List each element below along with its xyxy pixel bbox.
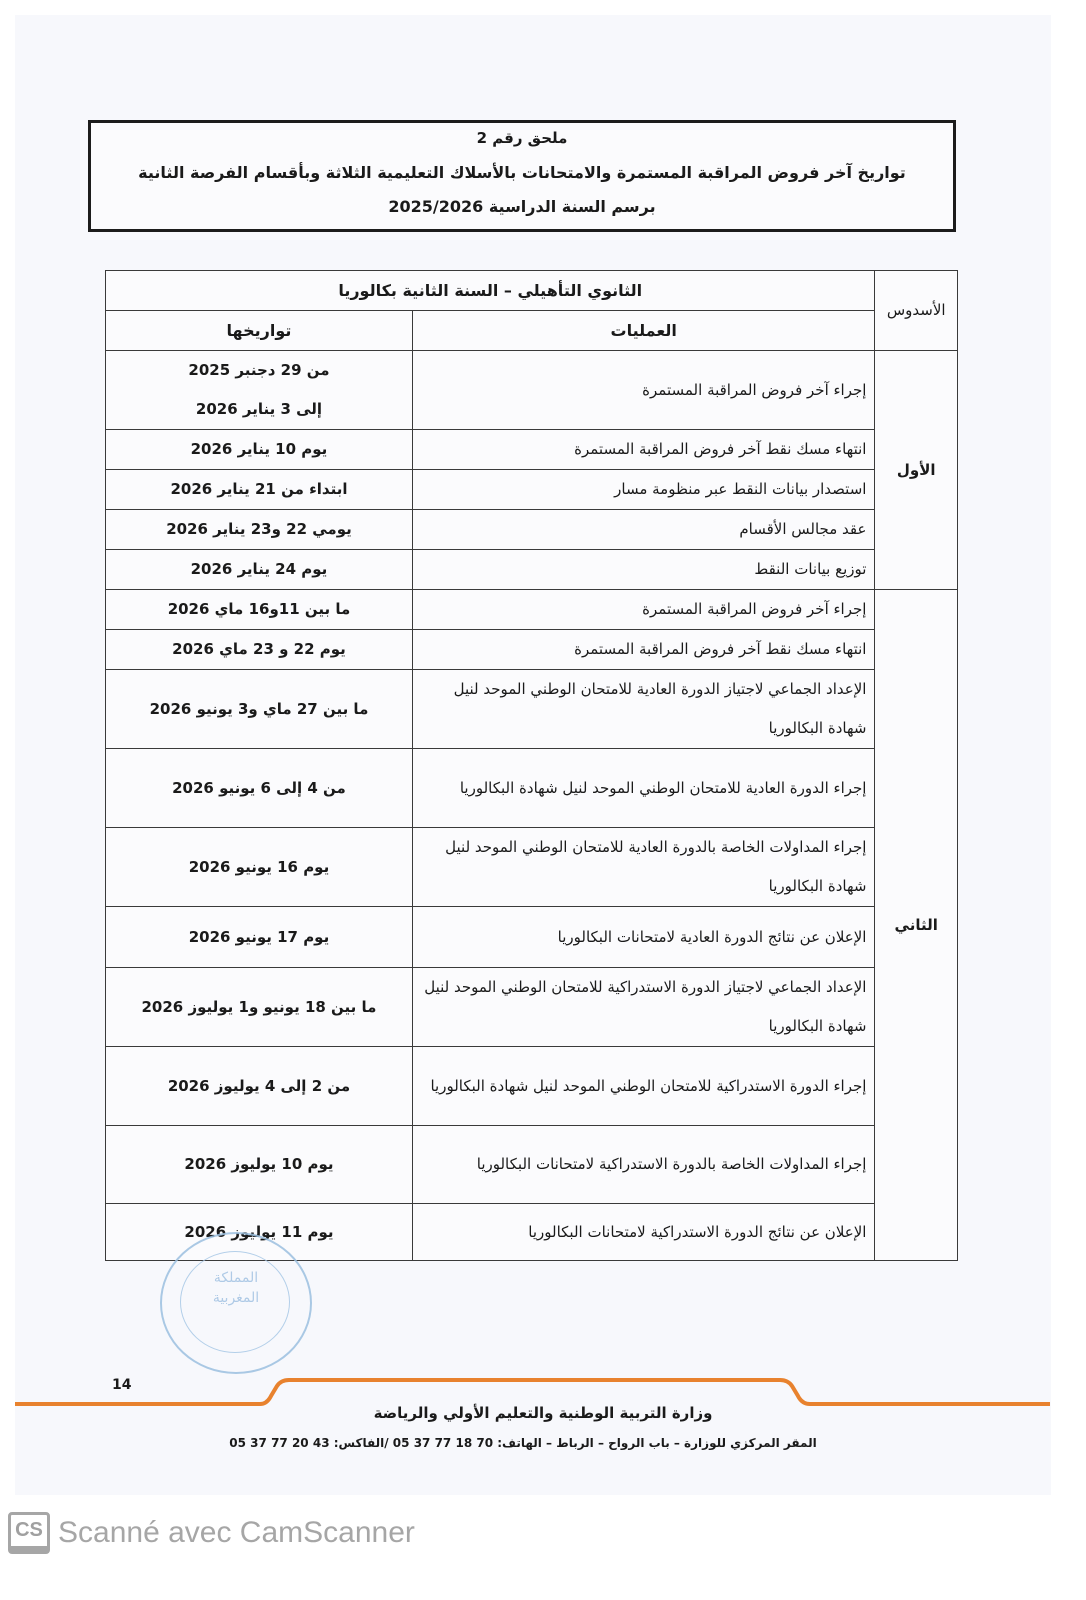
operations-column-header: العمليات: [412, 311, 875, 351]
official-stamp: المملكة المغربية: [160, 1232, 312, 1374]
dates-column-header: تواريخها: [106, 311, 413, 351]
operation-cell: إجراء الدورة العادية للامتحان الوطني الم…: [412, 749, 875, 828]
annex-title-box: ملحق رقم 2 تواريخ آخر فروض المراقبة المس…: [88, 120, 956, 232]
operation-cell: توزيع بيانات النقط: [412, 550, 875, 590]
date-line: إلى 3 يناير 2026: [114, 390, 404, 429]
table-row: الإعداد الجماعي لاجتياز الدورة العادية ل…: [106, 670, 958, 749]
operation-cell: إجراء آخر فروض المراقبة المستمرة: [412, 590, 875, 630]
table-row: الإعلان عن نتائج الدورة العادية لامتحانا…: [106, 907, 958, 968]
operation-cell: انتهاء مسك نقط آخر فروض المراقبة المستمر…: [412, 630, 875, 670]
table-row: انتهاء مسك نقط آخر فروض المراقبة المستمر…: [106, 430, 958, 470]
schedule-table: الأسدوس الثانوي التأهيلي – السنة الثانية…: [105, 270, 958, 1261]
table-row: إجراء المداولات الخاصة بالدورة العادية ل…: [106, 828, 958, 907]
date-cell: يومي 22 و23 يناير 2026: [106, 510, 413, 550]
table-row: إجراء المداولات الخاصة بالدورة الاستدراك…: [106, 1126, 958, 1204]
annex-number: ملحق رقم 2: [91, 129, 953, 147]
operation-cell: إجراء آخر فروض المراقبة المستمرة: [412, 351, 875, 430]
table-row: عقد مجالس الأقسام يومي 22 و23 يناير 2026: [106, 510, 958, 550]
operation-cell: الإعداد الجماعي لاجتياز الدورة الاستدراك…: [412, 968, 875, 1047]
table-row: الثاني إجراء آخر فروض المراقبة المستمرة …: [106, 590, 958, 630]
stamp-text: المملكة المغربية: [162, 1268, 310, 1308]
date-cell: من 29 دجنبر 2025 إلى 3 يناير 2026: [106, 351, 413, 430]
date-cell: يوم 10 يناير 2026: [106, 430, 413, 470]
date-cell: ما بين 18 يونيو و1 يوليوز 2026: [106, 968, 413, 1047]
table-row: توزيع بيانات النقط يوم 24 يناير 2026: [106, 550, 958, 590]
date-cell: من 4 إلى 6 يونيو 2026: [106, 749, 413, 828]
date-cell: من 2 إلى 4 يوليوز 2026: [106, 1047, 413, 1126]
semester-label-first: الأول: [875, 351, 958, 590]
date-cell: ابتداء من 21 يناير 2026: [106, 470, 413, 510]
stamp-line: المغربية: [162, 1288, 310, 1308]
operation-cell: الإعلان عن نتائج الدورة الاستدراكية لامت…: [412, 1204, 875, 1261]
camscanner-watermark: CS Scanné avec CamScanner: [8, 1513, 415, 1553]
ministry-address: المقر المركزي للوزارة – باب الرواح – الر…: [0, 1436, 1086, 1450]
table-row: الأول إجراء آخر فروض المراقبة المستمرة م…: [106, 351, 958, 430]
operation-cell: إجراء المداولات الخاصة بالدورة العادية ل…: [412, 828, 875, 907]
date-cell: يوم 24 يناير 2026: [106, 550, 413, 590]
annex-subtitle: برسم السنة الدراسية 2025/2026: [91, 197, 953, 216]
annex-title: تواريخ آخر فروض المراقبة المستمرة والامت…: [91, 163, 953, 182]
table-row: استصدار بيانات النقط عبر منظومة مسار ابت…: [106, 470, 958, 510]
date-cell: يوم 16 يونيو 2026: [106, 828, 413, 907]
operation-cell: الإعلان عن نتائج الدورة العادية لامتحانا…: [412, 907, 875, 968]
camscanner-text: Scanné avec CamScanner: [58, 1516, 415, 1550]
table-row: إجراء الدورة العادية للامتحان الوطني الم…: [106, 749, 958, 828]
table-row: انتهاء مسك نقط آخر فروض المراقبة المستمر…: [106, 630, 958, 670]
camscanner-logo-icon: CS: [8, 1512, 50, 1554]
operation-cell: استصدار بيانات النقط عبر منظومة مسار: [412, 470, 875, 510]
operation-cell: إجراء الدورة الاستدراكية للامتحان الوطني…: [412, 1047, 875, 1126]
operation-cell: الإعداد الجماعي لاجتياز الدورة العادية ل…: [412, 670, 875, 749]
date-cell: يوم 10 يوليوز 2026: [106, 1126, 413, 1204]
operation-cell: عقد مجالس الأقسام: [412, 510, 875, 550]
semester-column-header: الأسدوس: [875, 271, 958, 351]
table-row: إجراء الدورة الاستدراكية للامتحان الوطني…: [106, 1047, 958, 1126]
table-row: الإعداد الجماعي لاجتياز الدورة الاستدراك…: [106, 968, 958, 1047]
ministry-name: وزارة التربية الوطنية والتعليم الأولي وا…: [0, 1404, 1086, 1422]
date-line: من 29 دجنبر 2025: [114, 351, 404, 390]
semester-label-second: الثاني: [875, 590, 958, 1261]
date-cell: ما بين 11و16 ماي 2026: [106, 590, 413, 630]
level-header: الثانوي التأهيلي – السنة الثانية بكالوري…: [106, 271, 875, 311]
page-number: 14: [112, 1377, 131, 1393]
date-cell: يوم 17 يونيو 2026: [106, 907, 413, 968]
stamp-line: المملكة: [162, 1268, 310, 1288]
date-cell: ما بين 27 ماي و3 يونيو 2026: [106, 670, 413, 749]
operation-cell: انتهاء مسك نقط آخر فروض المراقبة المستمر…: [412, 430, 875, 470]
date-cell: يوم 22 و 23 ماي 2026: [106, 630, 413, 670]
operation-cell: إجراء المداولات الخاصة بالدورة الاستدراك…: [412, 1126, 875, 1204]
